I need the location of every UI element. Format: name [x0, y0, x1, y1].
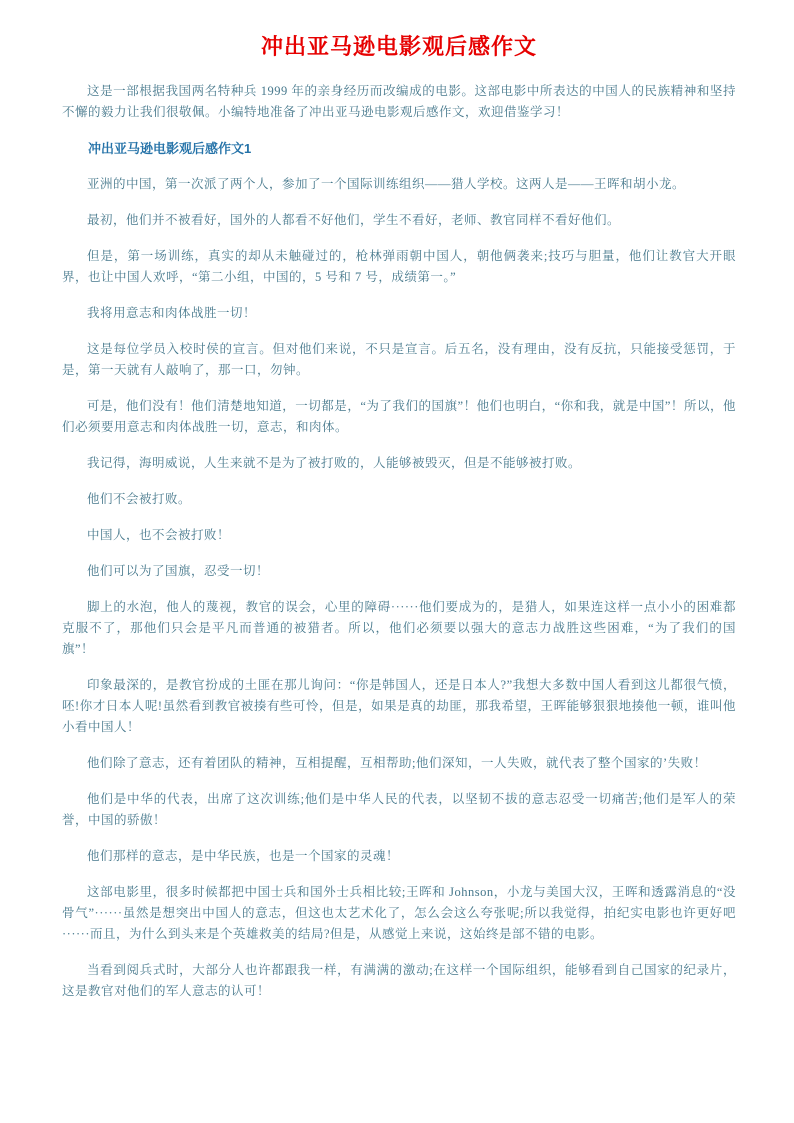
intro-paragraph: 这是一部根据我国两名特种兵 1999 年的亲身经历而改编成的电影。这部电影中所表… [62, 81, 736, 123]
paragraph: 最初，他们并不被看好，国外的人都看不好他们，学生不看好，老师、教官同样不看好他们… [62, 210, 736, 231]
paragraph: 他们那样的意志，是中华民族，也是一个国家的灵魂！ [62, 846, 736, 867]
paragraph: 脚上的水泡，他人的蔑视，教官的误会，心里的障碍······他们要成为的，是猎人，… [62, 597, 736, 660]
document-page: 冲出亚马逊电影观后感作文 这是一部根据我国两名特种兵 1999 年的亲身经历而改… [0, 0, 794, 1123]
paragraph: 中国人，也不会被打败！ [62, 525, 736, 546]
paragraph: 印象最深的，是教官扮成的土匪在那儿询问：“你是韩国人，还是日本人?”我想大多数中… [62, 675, 736, 738]
paragraph: 这是每位学员入校时侯的宣言。但对他们来说，不只是宣言。后五名，没有理由，没有反抗… [62, 339, 736, 381]
paragraph: 亚洲的中国，第一次派了两个人，参加了一个国际训练组织——猎人学校。这两人是——王… [62, 174, 736, 195]
paragraph: 但是，第一场训练，真实的却从未触碰过的，枪林弹雨朝中国人，朝他俩袭来;技巧与胆量… [62, 246, 736, 288]
paragraph: 我将用意志和肉体战胜一切！ [62, 303, 736, 324]
paragraph: 他们除了意志，还有着团队的精神，互相提醒，互相帮助;他们深知，一人失败，就代表了… [62, 753, 736, 774]
paragraph: 他们可以为了国旗，忍受一切！ [62, 561, 736, 582]
paragraph: 我记得，海明威说，人生来就不是为了被打败的，人能够被毁灭，但是不能够被打败。 [62, 453, 736, 474]
section-heading: 冲出亚马逊电影观后感作文1 [62, 138, 736, 159]
paragraph: 这部电影里，很多时候都把中国士兵和国外士兵相比较;王晖和 Johnson，小龙与… [62, 882, 736, 945]
paragraph: 当看到阅兵式时，大部分人也许都跟我一样，有满满的激动;在这样一个国际组织，能够看… [62, 960, 736, 1002]
page-title: 冲出亚马逊电影观后感作文 [62, 30, 736, 61]
paragraph: 他们不会被打败。 [62, 489, 736, 510]
paragraph: 他们是中华的代表，出席了这次训练;他们是中华人民的代表，以坚韧不拔的意志忍受一切… [62, 789, 736, 831]
paragraph: 可是，他们没有！他们清楚地知道，一切都是，“为了我们的国旗”！他们也明白，“你和… [62, 396, 736, 438]
